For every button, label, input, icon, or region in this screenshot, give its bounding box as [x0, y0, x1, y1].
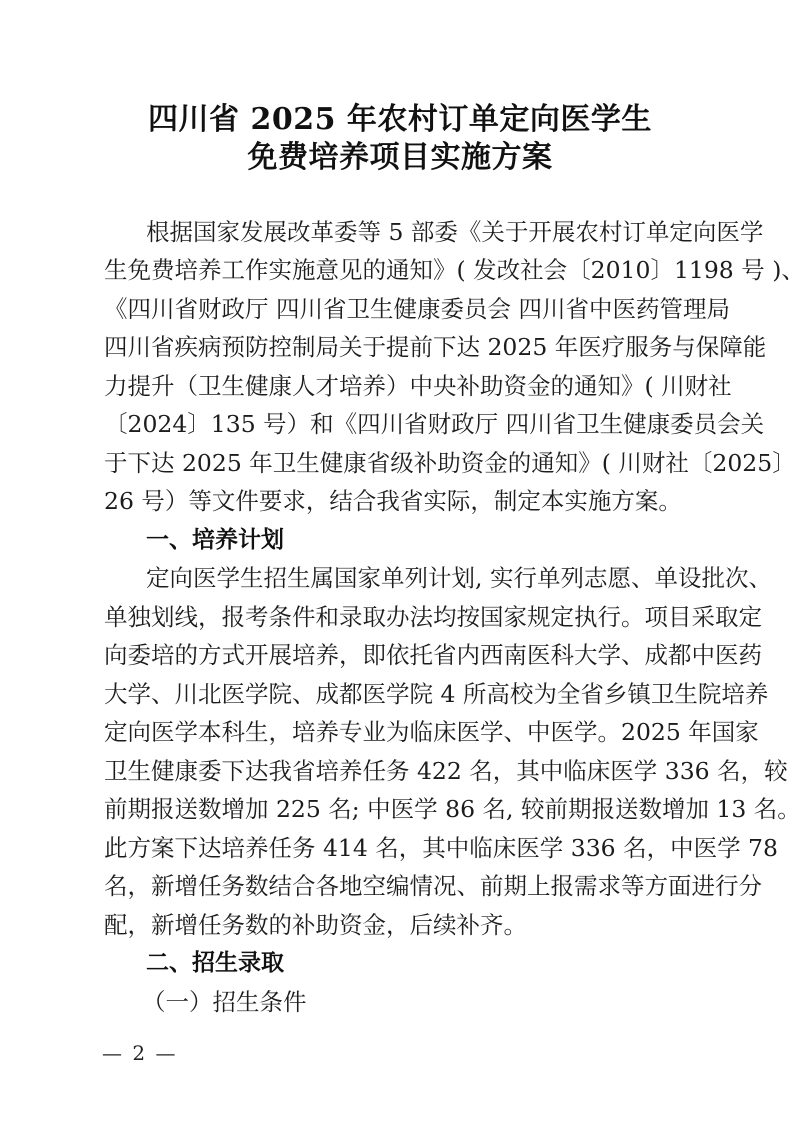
paragraph-line: 26 号）等文件要求，结合我省实际，制定本实施方案。: [104, 482, 696, 520]
subsection-heading-enrollment-conditions: （一）招生条件: [142, 983, 307, 1021]
paragraph-line: 卫生健康委下达我省培养任务 422 名，其中临床医学 336 名，较: [104, 752, 696, 790]
paragraph-line: 力提升（卫生健康人才培养）中央补助资金的通知》( 川财社: [104, 367, 696, 405]
section-heading-enrollment: 二、招生录取: [146, 944, 284, 982]
paragraph-line: 名，新增任务数结合各地空编情况、前期上报需求等方面进行分: [104, 867, 696, 905]
paragraph-line: 此方案下达培养任务 414 名，其中临床医学 336 名，中医学 78: [104, 829, 696, 867]
paragraph-line: 配，新增任务数的补助资金，后续补齐。: [104, 906, 696, 944]
section-heading-training-plan: 一、培养计划: [146, 521, 284, 559]
document-title-line-2: 免费培养项目实施方案: [0, 138, 800, 178]
paragraph-line: 定向医学本科生，培养专业为临床医学、中医学。2025 年国家: [104, 713, 696, 751]
paragraph-line: 〔2024〕135 号）和《四川省财政厅 四川省卫生健康委员会关: [104, 405, 696, 443]
paragraph-line: 大学、川北医学院、成都医学院 4 所高校为全省乡镇卫生院培养: [104, 675, 696, 713]
paragraph-line: 《四川省财政厅 四川省卫生健康委员会 四川省中医药管理局: [104, 290, 696, 328]
paragraph-line: 定向医学生招生属国家单列计划, 实行单列志愿、单设批次、: [146, 559, 696, 597]
paragraph-line: 单独划线，报考条件和录取办法均按国家规定执行。项目采取定: [104, 598, 696, 636]
paragraph-line: 四川省疾病预防控制局关于提前下达 2025 年医疗服务与保障能: [104, 328, 696, 366]
paragraph-line: 根据国家发展改革委等 5 部委《关于开展农村订单定向医学: [146, 213, 696, 251]
paragraph-line: 向委培的方式开展培养，即依托省内西南医科大学、成都中医药: [104, 636, 696, 674]
paragraph-line: 生免费培养工作实施意见的通知》( 发改社会〔2010〕1198 号 )、: [104, 251, 696, 289]
document-page: 四川省 2025 年农村订单定向医学生 免费培养项目实施方案 根据国家发展改革委…: [0, 0, 800, 1132]
paragraph-line: 前期报送数增加 225 名; 中医学 86 名, 较前期报送数增加 13 名。: [104, 790, 696, 828]
page-number: — 2 —: [102, 1040, 177, 1066]
document-title-line-1: 四川省 2025 年农村订单定向医学生: [0, 100, 800, 140]
paragraph-line: 于下达 2025 年卫生健康省级补助资金的通知》( 川财社〔2025〕: [104, 444, 696, 482]
